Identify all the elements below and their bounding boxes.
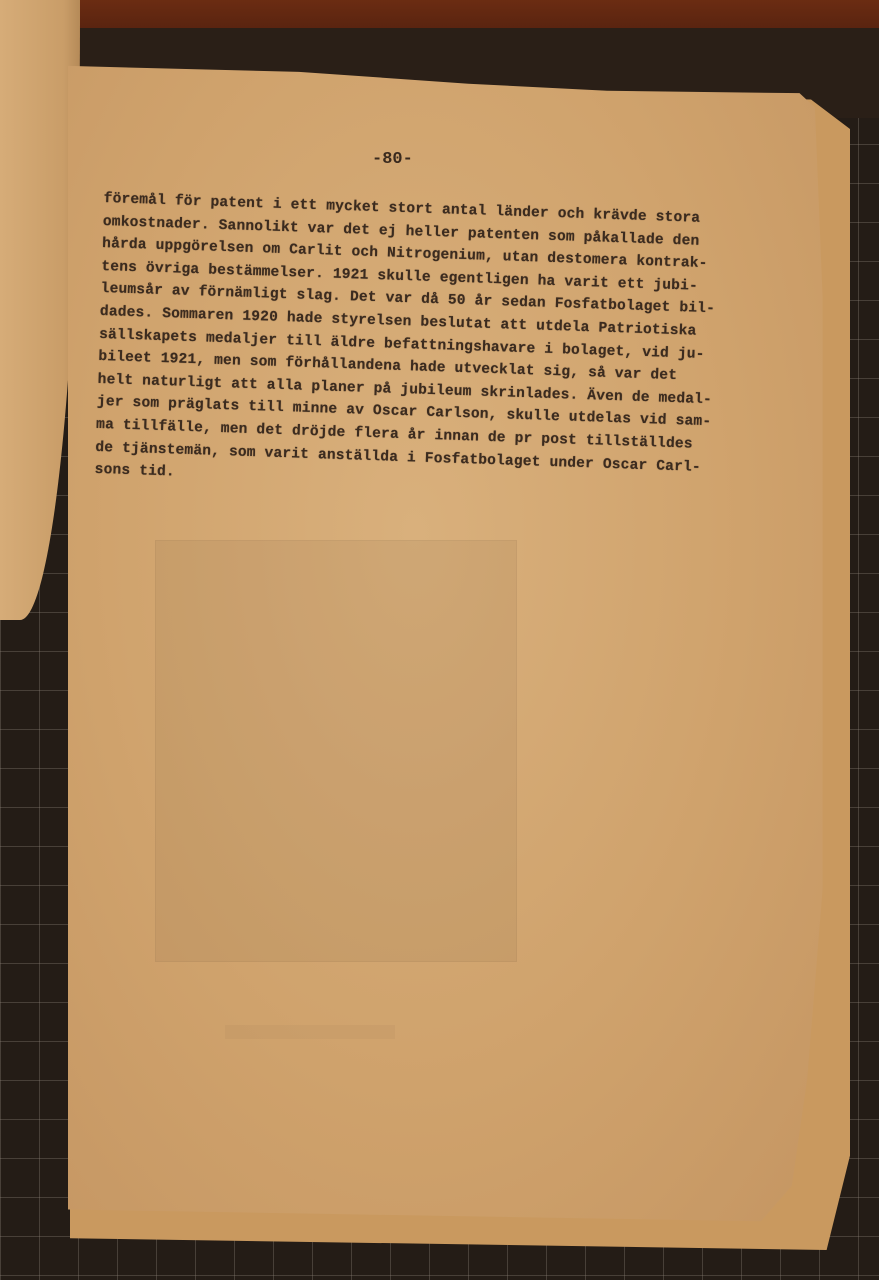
- page-number: -80-: [372, 150, 413, 169]
- wooden-edge: [0, 0, 879, 28]
- bleed-through-caption: [225, 1025, 395, 1039]
- bleed-through-image: [155, 540, 517, 962]
- typewritten-body: föremål för patent i ett mycket stort an…: [94, 188, 803, 505]
